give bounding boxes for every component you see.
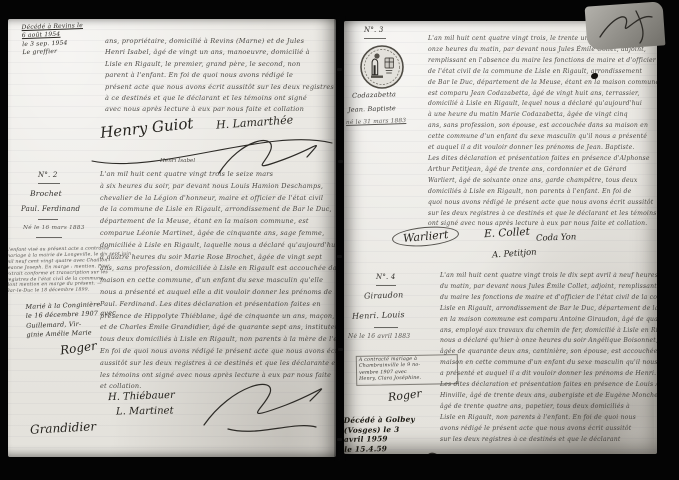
signature-lamarthee: H. Lamarthée [216,113,294,131]
signature-roger-right: Roger [387,387,422,404]
act2-margin-birthdate: Né le 16 mars 1883 [23,225,85,231]
signature-martinet: L. Martinet [116,405,174,417]
signature-collet: E. Collet [484,226,530,240]
margin-divider [364,38,386,39]
act4-body-text: L'an mil huit cent quatre vingt trois le… [440,271,654,446]
left-page: Décédé à Revins le6 août 1954le 3 sep. 1… [8,19,336,457]
act3-body-text: L'an mil huit cent quatre vingt trois, l… [428,34,654,230]
act3-margin-given-names: Jean. Baptiste [348,104,396,114]
margin-divider [38,183,60,184]
signature-grandidier: Grandidier [30,419,97,436]
binding-stitch [337,68,342,71]
act2-margin-given-names: Paul. Ferdinand [21,205,80,213]
act3-margin-birthdate: né le 31 mars 1883 [346,118,406,126]
act4-number: N°. 4 [376,273,396,281]
mayor-paraph-icon [198,371,336,435]
margin-divider [374,327,398,328]
binding-stitch [338,160,343,163]
act2-margin-surname: Brochet [30,189,62,198]
signature-thiebauer: H. Thiébauer [108,390,175,403]
margin-divider [38,219,58,220]
act4-margin-surname: Giraudon [364,290,404,300]
act2-body-text: L'an mil huit cent quatre vingt trois le… [100,169,336,393]
act3-number: N°. 3 [364,26,384,34]
binding-stitch [338,348,343,351]
act3-margin-surname: Codazabetta [352,90,396,100]
right-page: N°. 3 Codazabetta Jean. Baptiste né le 3… [344,21,657,454]
signature-warliert: Warliert [391,224,460,249]
margin-divider [376,285,396,286]
revenue-stamp-icon [358,43,406,91]
corner-paraph-icon [596,9,660,45]
binding-stitch [337,438,342,441]
margin-divider [36,237,62,238]
signature-henri-isabel: Henri Isabel [160,158,195,164]
act2-number: N°. 2 [38,171,58,179]
act4-margin-given-names: Henri. Louis [352,310,405,321]
signature-coda-yon: Coda Yon [536,232,577,243]
scanned-register-spread: Décédé à Revins le6 août 1954le 3 sep. 1… [0,0,679,480]
binding-stitch [337,255,342,258]
signature-petitjon: A. Petitjon [492,247,537,260]
signature-roger-left: Roger [59,339,97,358]
act1-continuation-text: ans, propriétaire, domicilié à Revins (M… [105,36,335,116]
greffier-paraph-icon [396,449,452,454]
act4-margin-birthdate: Né le 16 avril 1883 [348,333,410,340]
